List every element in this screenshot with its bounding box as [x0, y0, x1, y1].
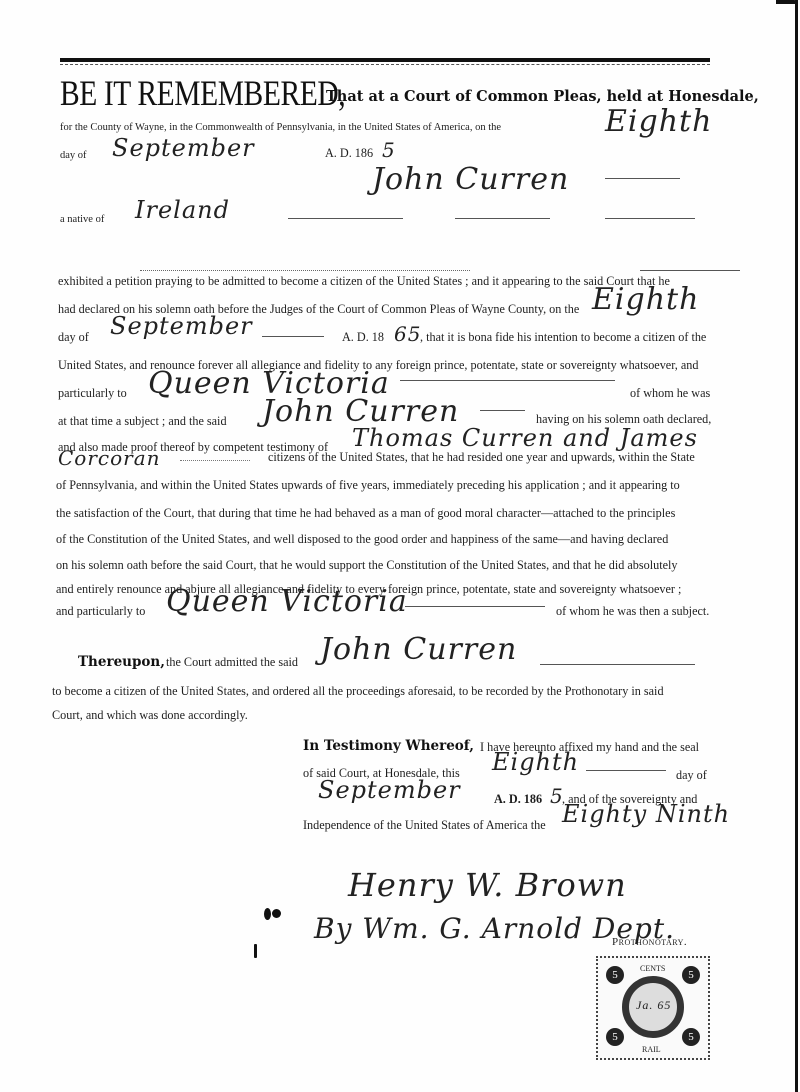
- handwritten-day-2: Eighth: [592, 282, 699, 317]
- particularly-to-label-1: particularly to: [58, 386, 127, 401]
- stamp-corner-value: 5: [606, 1028, 624, 1046]
- handwritten-month-1: September: [112, 134, 255, 162]
- stamp-cancel-mark: Ja. 65: [636, 998, 671, 1013]
- thereupon-line-2: to become a citizen of the United States…: [52, 684, 664, 699]
- para-line-1: exhibited a petition praying to be admit…: [58, 274, 670, 289]
- ink-mark: [264, 908, 271, 920]
- handwritten-applicant-name-3: John Curren: [320, 632, 517, 667]
- para-line-8-suffix: citizens of the United States, that he h…: [268, 450, 695, 465]
- revenue-stamp: 5 5 5 5 CENTS RAIL Ja. 65: [596, 956, 710, 1060]
- ad-label-2: A. D. 18: [342, 330, 384, 345]
- handwritten-independence-year: Eighty Ninth: [562, 800, 730, 828]
- stamp-corner-value: 5: [606, 966, 624, 984]
- handwritten-country: Ireland: [135, 196, 230, 224]
- handwritten-year-1: 5: [382, 138, 396, 162]
- stamp-label-bottom: RAIL: [642, 1045, 661, 1054]
- handwritten-year-2: 65: [394, 322, 421, 346]
- handwritten-witnesses-1: Thomas Curren and James: [352, 424, 698, 452]
- para-line-5-suffix: of whom he was: [630, 386, 710, 401]
- thereupon-lead: Thereupon,: [78, 654, 165, 670]
- para-line-3-suffix: , that it is bona fide his intention to …: [420, 330, 706, 345]
- thereupon-line-1: the Court admitted the said: [166, 655, 298, 670]
- para-line-10: the satisfaction of the Court, that duri…: [56, 506, 675, 521]
- headline: BE IT REMEMBERED,: [60, 72, 345, 114]
- page-corner: [776, 0, 798, 4]
- faint-rule: [640, 270, 740, 272]
- faint-rule: [140, 270, 470, 272]
- handwritten-day-3: Eighth: [492, 748, 579, 776]
- intro-line-1: for the County of Wayne, in the Commonwe…: [60, 122, 501, 133]
- document-page: BE IT REMEMBERED, That at a Court of Com…: [0, 0, 800, 1092]
- stamp-label-top: CENTS: [640, 964, 665, 973]
- handwritten-sovereign-2: Queen Victoria: [166, 584, 408, 619]
- ink-mark: [254, 944, 257, 958]
- header-rule-thin: [60, 64, 710, 66]
- thereupon-line-3: Court, and which was done accordingly.: [52, 708, 248, 723]
- blank-line: [586, 770, 666, 772]
- stamp-corner-value: 5: [682, 966, 700, 984]
- handwritten-month-2: September: [110, 312, 253, 340]
- prothonotary-title: Prothonotary.: [612, 936, 687, 948]
- testimony-line-2-suffix: day of: [676, 768, 707, 783]
- blank-line: [605, 218, 695, 220]
- blank-line: [288, 218, 403, 220]
- blank-line: [262, 336, 324, 338]
- blank-line: [400, 380, 615, 382]
- para-line-12: on his solemn oath before the said Court…: [56, 558, 677, 573]
- handwritten-day-1: Eighth: [605, 104, 712, 139]
- particularly-to-label-2: and particularly to: [56, 604, 145, 619]
- handwritten-applicant-name-1: John Curren: [372, 162, 569, 197]
- blank-line: [455, 218, 550, 220]
- day-of-label-1: day of: [60, 150, 87, 161]
- blank-line: [180, 460, 250, 462]
- header-rule: [60, 58, 710, 62]
- page-right-border: [795, 0, 798, 1092]
- native-of-label: a native of: [60, 214, 104, 225]
- testimony-line-4-prefix: Independence of the United States of Ame…: [303, 818, 546, 833]
- blank-line: [605, 178, 680, 180]
- blank-line: [405, 606, 545, 608]
- para-line-14-suffix: of whom he was then a subject.: [556, 604, 709, 619]
- para-line-9: of Pennsylvania, and within the United S…: [56, 478, 680, 493]
- signature-prothonotary: Henry W. Brown: [348, 866, 627, 904]
- handwritten-month-3: September: [318, 776, 461, 804]
- day-of-label-2: day of: [58, 330, 89, 345]
- handwritten-witnesses-2: Corcoran: [58, 446, 161, 470]
- stamp-corner-value: 5: [682, 1028, 700, 1046]
- para-line-6-prefix: at that time a subject ; and the said: [58, 414, 227, 429]
- testimony-lead: In Testimony Whereof,: [303, 738, 474, 754]
- subheadline: That at a Court of Common Pleas, held at…: [326, 88, 759, 105]
- ad-label-3: A. D. 186: [494, 792, 542, 807]
- ink-mark: [272, 909, 281, 918]
- para-line-11: of the Constitution of the United States…: [56, 532, 668, 547]
- blank-line: [540, 664, 695, 666]
- blank-line: [480, 410, 525, 412]
- ad-label-1: A. D. 186: [325, 146, 373, 161]
